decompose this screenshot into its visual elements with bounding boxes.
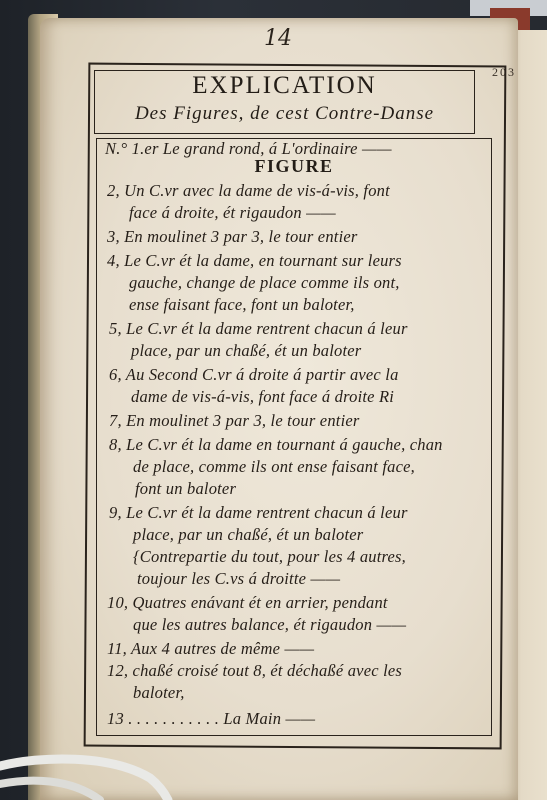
figure-line: 7, En moulinet 3 par 3, le tour entier [109, 411, 360, 431]
figure-line: 4, Le C.vr ét la dame, en tournant sur l… [107, 251, 402, 271]
figure-line: 6, Au Second C.vr á droite á partir avec… [109, 365, 399, 385]
figure-line: de place, comme ils ont ense faisant fac… [133, 457, 415, 477]
figure-line: face á droite, ét rigaudon —— [129, 203, 336, 223]
figure-line: 10, Quatres enávant ét en arrier, pendan… [107, 593, 388, 613]
figure-line: 8, Le C.vr ét la dame en tournant á gauc… [109, 435, 443, 455]
figure-line: 3, En moulinet 3 par 3, le tour entier [107, 227, 358, 247]
page-number: 14 [264, 26, 292, 51]
title-heading: EXPLICATION [95, 72, 474, 100]
figure-line: dame de vis-á-vis, font face á droite Ri [131, 387, 394, 407]
figure-line: baloter, [133, 683, 185, 703]
figure-line: ense faisant face, font un baloter, [129, 295, 355, 315]
binding-cord [0, 748, 180, 800]
figure-line: place, par un chaßé, ét un baloter [133, 525, 363, 545]
figure-line: gauche, change de place comme ils ont, [129, 273, 400, 293]
figure-line: font un baloter [135, 479, 236, 499]
figures-box: N.° 1.er Le grand rond, á L'ordinaire ——… [96, 138, 492, 736]
figure-line: 11, Aux 4 autres de même —— [107, 639, 314, 659]
figure-heading: FIGURE [97, 156, 491, 177]
figure-line: place, par un chaßé, ét un baloter [131, 341, 361, 361]
figure-line: 13 . . . . . . . . . . . La Main —— [107, 709, 315, 729]
figure-line: 5, Le C.vr ét la dame rentrent chacun á … [109, 319, 408, 339]
figure-line: 9, Le C.vr ét la dame rentrent chacun á … [109, 503, 408, 523]
figure-line: toujour les C.vs á droitte —— [137, 569, 340, 589]
figure-line: 12, chaßé croisé tout 8, ét déchaßé avec… [107, 661, 402, 681]
figure-line: que les autres balance, ét rigaudon —— [133, 615, 406, 635]
title-box: EXPLICATION Des Figures, de cest Contre-… [94, 70, 475, 134]
figure-line: {Contrepartie du tout, pour les 4 autres… [133, 547, 406, 567]
title-subtitle: Des Figures, de cest Contre-Danse [101, 103, 468, 125]
figure-line: 2, Un C.vr avec la dame de vis-á-vis, fo… [107, 181, 390, 201]
